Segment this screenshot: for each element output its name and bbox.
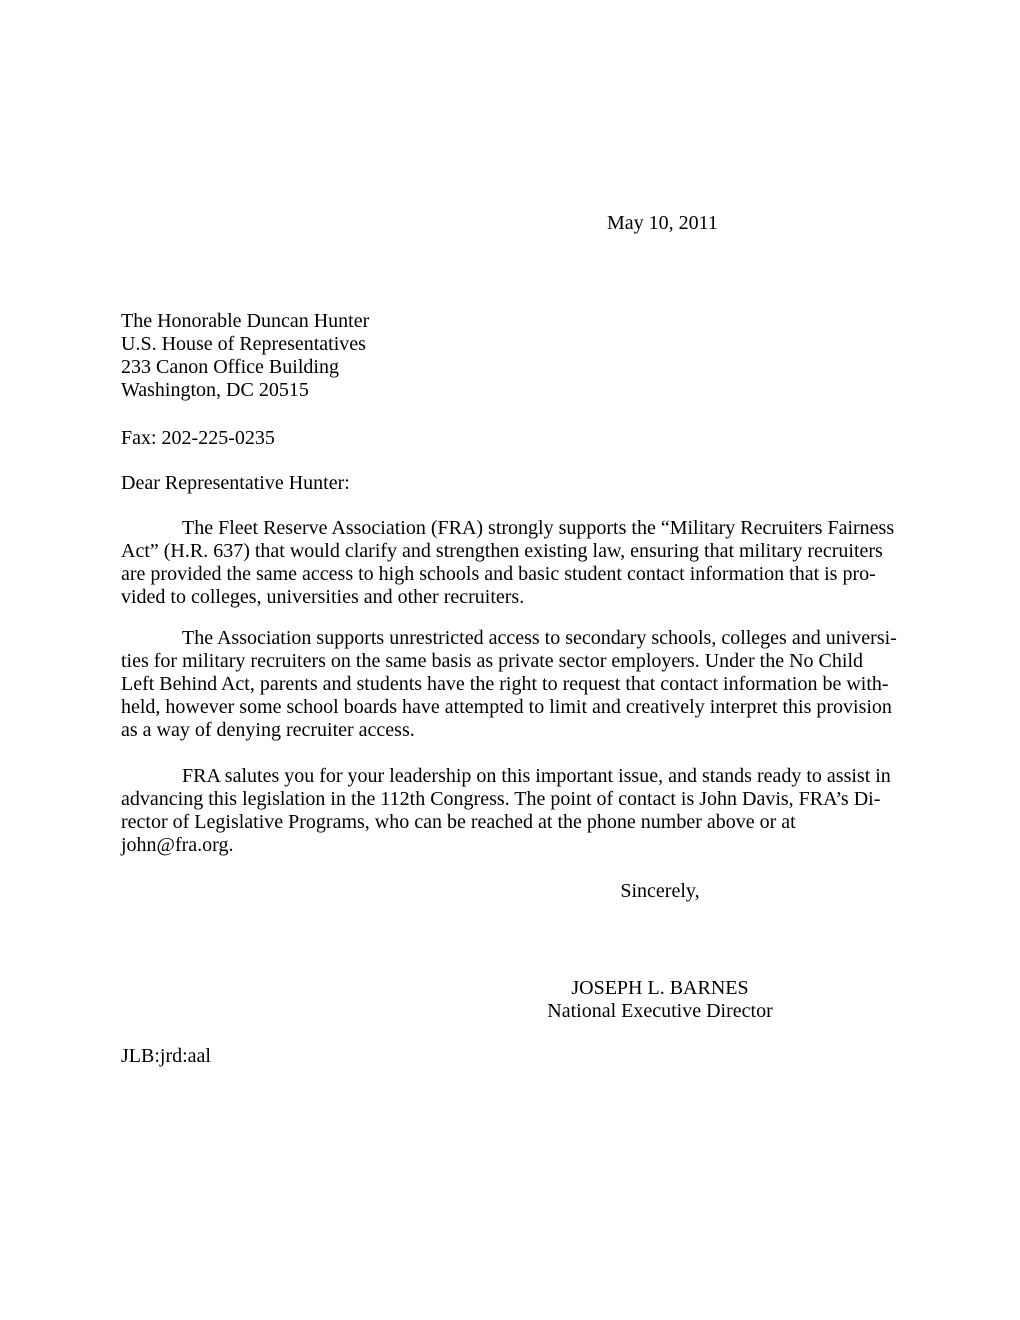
paragraph-line: john@fra.org. <box>121 834 1020 857</box>
reference-initials: JLB:jrd:aal <box>121 1045 1020 1068</box>
paragraph-line: held, however some school boards have at… <box>121 696 1020 719</box>
paragraph-line: Left Behind Act, parents and students ha… <box>121 673 1020 696</box>
address-line: Washington, DC 20515 <box>121 379 1020 402</box>
signature-name: JOSEPH L. BARNES <box>485 977 835 1000</box>
letter-date: May 10, 2011 <box>607 212 1020 235</box>
paragraph-line: The Fleet Reserve Association (FRA) stro… <box>121 517 1020 540</box>
address-line: U.S. House of Representatives <box>121 333 1020 356</box>
address-line: 233 Canon Office Building <box>121 356 1020 379</box>
recipient-address: The Honorable Duncan Hunter U.S. House o… <box>121 310 1020 402</box>
closing: Sincerely, <box>485 880 835 903</box>
paragraph-line: ties for military recruiters on the same… <box>121 650 1020 673</box>
fax-line: Fax: 202-225-0235 <box>121 427 1020 450</box>
letter-paragraph: The Fleet Reserve Association (FRA) stro… <box>121 517 1020 609</box>
letter-page: May 10, 2011 The Honorable Duncan Hunter… <box>0 0 1020 1320</box>
paragraph-line: FRA salutes you for your leadership on t… <box>121 765 1020 788</box>
address-line: The Honorable Duncan Hunter <box>121 310 1020 333</box>
paragraph-line: rector of Legislative Programs, who can … <box>121 811 1020 834</box>
signature-block: Sincerely, JOSEPH L. BARNES National Exe… <box>485 880 835 1023</box>
signature-title: National Executive Director <box>485 1000 835 1023</box>
paragraph-line: as a way of denying recruiter access. <box>121 719 1020 742</box>
paragraph-line: advancing this legislation in the 112th … <box>121 788 1020 811</box>
salutation: Dear Representative Hunter: <box>121 472 1020 495</box>
paragraph-line: are provided the same access to high sch… <box>121 563 1020 586</box>
letter-paragraph: The Association supports unrestricted ac… <box>121 627 1020 742</box>
letter-paragraph: FRA salutes you for your leadership on t… <box>121 765 1020 857</box>
paragraph-line: Act” (H.R. 637) that would clarify and s… <box>121 540 1020 563</box>
paragraph-line: The Association supports unrestricted ac… <box>121 627 1020 650</box>
paragraph-line: vided to colleges, universities and othe… <box>121 586 1020 609</box>
